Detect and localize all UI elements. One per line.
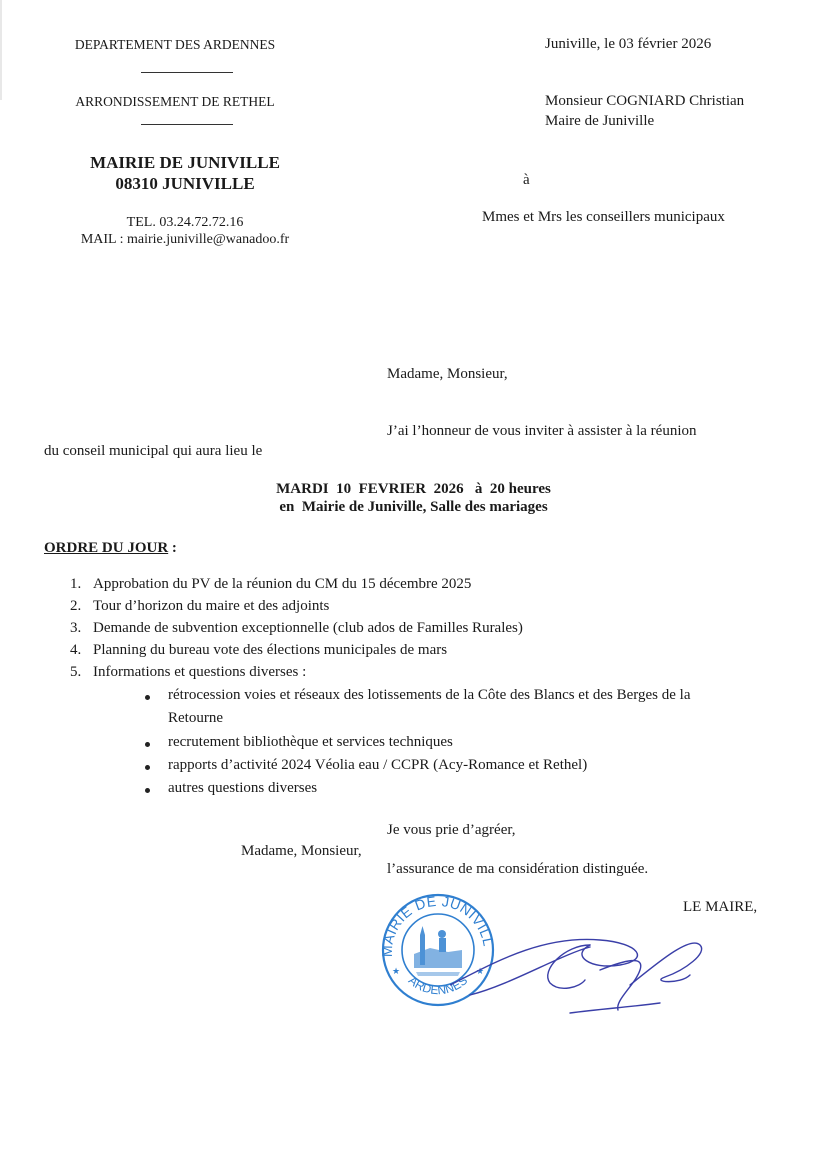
intro-line-1: J’ai l’honneur de vous inviter à assiste… [387, 423, 697, 440]
sender-title: Maire de Juniville [545, 113, 654, 130]
meeting-place: en Mairie de Juniville, Salle des mariag… [0, 499, 827, 516]
agenda-sub-item: recrutement bibliothèque et services tec… [168, 734, 453, 751]
recipients: Mmes et Mrs les conseillers municipaux [482, 209, 725, 226]
phone-number: TEL. 03.24.72.72.16 [40, 215, 330, 231]
signatory: LE MAIRE, [683, 899, 757, 916]
divider [141, 72, 233, 73]
sender-name: Monsieur COGNIARD Christian [545, 93, 744, 110]
agenda-item: Tour d’horizon du maire et des adjoints [93, 598, 329, 615]
bullet-icon [145, 788, 150, 793]
bullet-icon [145, 765, 150, 770]
mayor-signature [450, 915, 710, 1015]
agenda-sub-item: rétrocession voies et réseaux des lotiss… [168, 687, 691, 704]
bullet-icon [145, 742, 150, 747]
agenda-item: Approbation du PV de la réunion du CM du… [93, 576, 471, 593]
agenda-item: Planning du bureau vote des élections mu… [93, 642, 447, 659]
scan-edge [0, 0, 2, 100]
closing-line-2: Madame, Monsieur, [241, 843, 362, 860]
arrondissement-label: ARRONDISSEMENT DE RETHEL [60, 94, 290, 110]
agenda-item-number: 1. [70, 576, 81, 593]
agenda-item-number: 5. [70, 664, 81, 681]
date-line: Juniville, le 03 février 2026 [545, 36, 711, 53]
mairie-postal: 08310 JUNIVILLE [40, 174, 330, 194]
department-label: DEPARTEMENT DES ARDENNES [60, 37, 290, 53]
closing-line-3: l’assurance de ma considération distingu… [387, 861, 648, 878]
agenda-colon: : [168, 540, 177, 556]
email-address: MAIL : mairie.juniville@wanadoo.fr [40, 232, 330, 248]
intro-line-2: du conseil municipal qui aura lieu le [44, 443, 262, 460]
svg-text:★: ★ [392, 966, 400, 976]
closing-line-1: Je vous prie d’agréer, [387, 822, 516, 839]
agenda-sub-item-continuation: Retourne [168, 710, 223, 727]
agenda-item: Informations et questions diverses : [93, 664, 306, 681]
agenda-title: ORDRE DU JOUR [44, 540, 168, 556]
salutation: Madame, Monsieur, [387, 366, 508, 383]
agenda-heading: ORDRE DU JOUR : [44, 540, 177, 557]
agenda-item: Demande de subvention exceptionnelle (cl… [93, 620, 523, 637]
agenda-sub-item: autres questions diverses [168, 780, 317, 797]
mairie-name: MAIRIE DE JUNIVILLE [40, 153, 330, 173]
to-label: à [523, 172, 530, 189]
agenda-item-number: 2. [70, 598, 81, 615]
meeting-date: MARDI 10 FEVRIER 2026 à 20 heures [0, 481, 827, 498]
agenda-item-number: 3. [70, 620, 81, 637]
agenda-sub-item: rapports d’activité 2024 Véolia eau / CC… [168, 757, 587, 774]
bullet-icon [145, 695, 150, 700]
agenda-item-number: 4. [70, 642, 81, 659]
divider [141, 124, 233, 125]
